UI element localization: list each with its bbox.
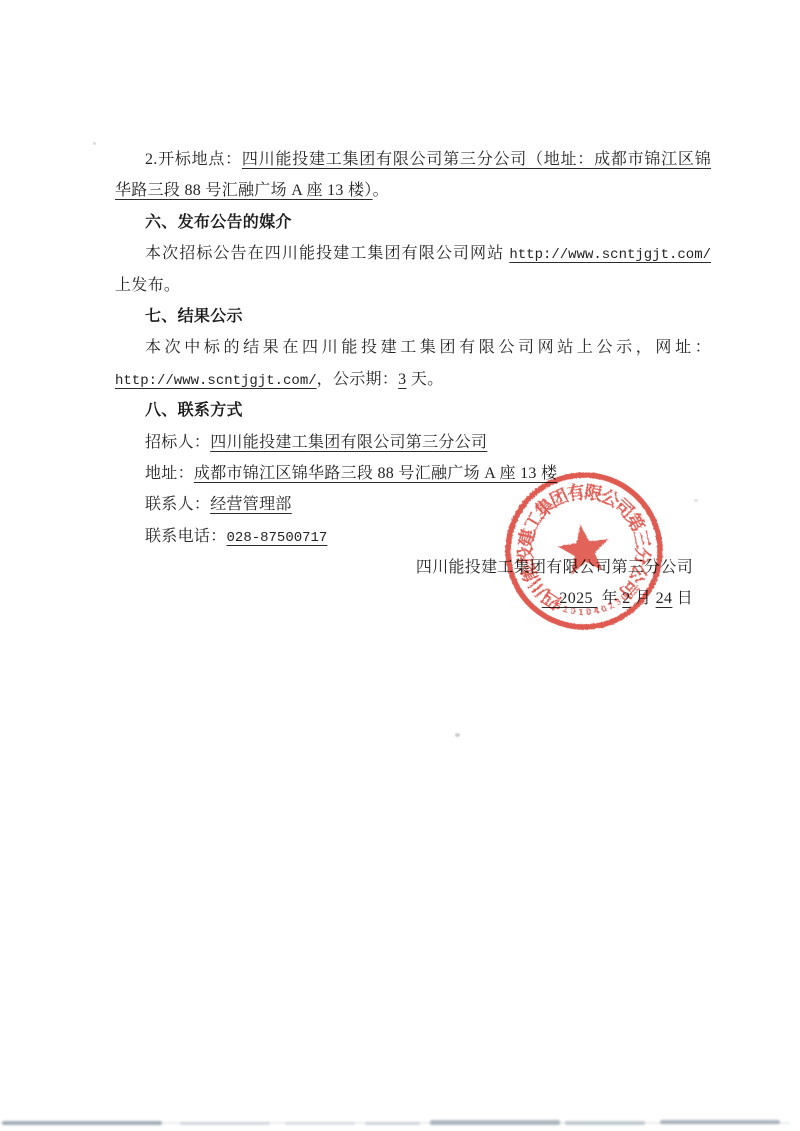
open-bid-location-line2: 华路三段 88 号汇融广场 A 座 13 楼）。 bbox=[115, 175, 711, 206]
result-publicity-line2: http://www.scntjgjt.com/，公示期：3 天。 bbox=[115, 364, 711, 395]
text-segment: 八、联系方式 bbox=[145, 402, 243, 419]
signature-company: 四川能投建工集团有限公司第三分公司 bbox=[115, 552, 711, 583]
text-segment: 招标人： bbox=[145, 434, 210, 451]
scan-streak bbox=[285, 1122, 355, 1125]
text-segment: 本次中标的结果在四川能投建工集团有限公司网站上公示，网址： bbox=[145, 339, 711, 356]
underlined-text: 四川能投建工集团有限公司第三分公司 bbox=[210, 434, 487, 451]
text-segment: 上发布。 bbox=[115, 277, 180, 294]
underlined-text: 华路三段 88 号汇融广场 A 座 13 楼） bbox=[115, 182, 373, 199]
underlined-text: http://www.scntjgjt.com/ bbox=[115, 373, 317, 389]
text-segment: 年 bbox=[597, 590, 622, 607]
scan-streak bbox=[365, 1122, 420, 1125]
text-segment: 本次招标公告在四川能投建工集团有限公司网站 bbox=[145, 245, 509, 262]
scan-streak bbox=[660, 1120, 780, 1124]
document-page: 2.开标地点：四川能投建工集团有限公司第三分公司（地址：成都市锦江区锦华路三段 … bbox=[0, 0, 800, 1131]
contact-person-line: 联系人：经营管理部 bbox=[115, 489, 711, 520]
underlined-text: 2 bbox=[622, 590, 630, 607]
underlined-text: 24 bbox=[656, 590, 673, 607]
text-segment: 联系人： bbox=[145, 496, 210, 513]
scan-smudge-artifact bbox=[0, 1117, 800, 1131]
result-publicity-line1: 本次中标的结果在四川能投建工集团有限公司网站上公示，网址： bbox=[115, 332, 711, 363]
tenderer-line: 招标人：四川能投建工集团有限公司第三分公司 bbox=[115, 427, 711, 458]
section-7-heading: 七、结果公示 bbox=[115, 301, 711, 332]
signature-date: 2025 年 2 月 24 日 bbox=[115, 583, 711, 614]
contact-phone-line: 联系电话：028-87500717 bbox=[115, 521, 711, 552]
underlined-text: 经营管理部 bbox=[210, 496, 292, 513]
text-segment: 地址： bbox=[145, 465, 194, 482]
open-bid-location-line1: 2.开标地点：四川能投建工集团有限公司第三分公司（地址：成都市锦江区锦 bbox=[115, 144, 711, 175]
underlined-text: 四川能投建工集团有限公司第三分公司（地址：成都市锦江区锦 bbox=[242, 151, 711, 168]
text-segment: 天。 bbox=[407, 371, 444, 388]
text-segment: 四川能投建工集团有限公司第三分公司 bbox=[416, 559, 693, 576]
text-segment: ，公示期： bbox=[317, 371, 399, 388]
scan-streak bbox=[565, 1121, 645, 1125]
scan-streak bbox=[2, 1121, 162, 1125]
text-segment: 联系电话： bbox=[145, 528, 227, 545]
scan-speck bbox=[455, 733, 460, 737]
section-8-heading: 八、联系方式 bbox=[115, 395, 711, 426]
underlined-text: 2025 bbox=[542, 590, 598, 607]
text-segment: 2.开标地点： bbox=[145, 151, 242, 168]
section-6-heading: 六、发布公告的媒介 bbox=[115, 207, 711, 238]
scan-speck bbox=[93, 142, 96, 145]
text-segment: 日 bbox=[672, 590, 693, 607]
announce-media-line2: 上发布。 bbox=[115, 270, 711, 301]
underlined-text: 成都市锦江区锦华路三段 88 号汇融广场 A 座 13 楼 bbox=[194, 465, 557, 482]
text-segment: 七、结果公示 bbox=[145, 308, 243, 325]
announce-media-line1: 本次招标公告在四川能投建工集团有限公司网站 http://www.scntjgj… bbox=[115, 238, 711, 269]
text-segment: 。 bbox=[373, 182, 389, 199]
underlined-text: http://www.scntjgjt.com/ bbox=[509, 247, 711, 263]
scan-streak bbox=[180, 1122, 270, 1125]
document-body: 2.开标地点：四川能投建工集团有限公司第三分公司（地址：成都市锦江区锦华路三段 … bbox=[115, 144, 711, 615]
text-segment: 六、发布公告的媒介 bbox=[145, 214, 292, 231]
scan-speck bbox=[694, 499, 698, 502]
underlined-text: 3 bbox=[398, 371, 406, 388]
scan-streak bbox=[430, 1120, 560, 1125]
text-segment: 月 bbox=[631, 590, 656, 607]
address-line: 地址：成都市锦江区锦华路三段 88 号汇融广场 A 座 13 楼 bbox=[115, 458, 711, 489]
underlined-text: 028-87500717 bbox=[227, 530, 328, 546]
